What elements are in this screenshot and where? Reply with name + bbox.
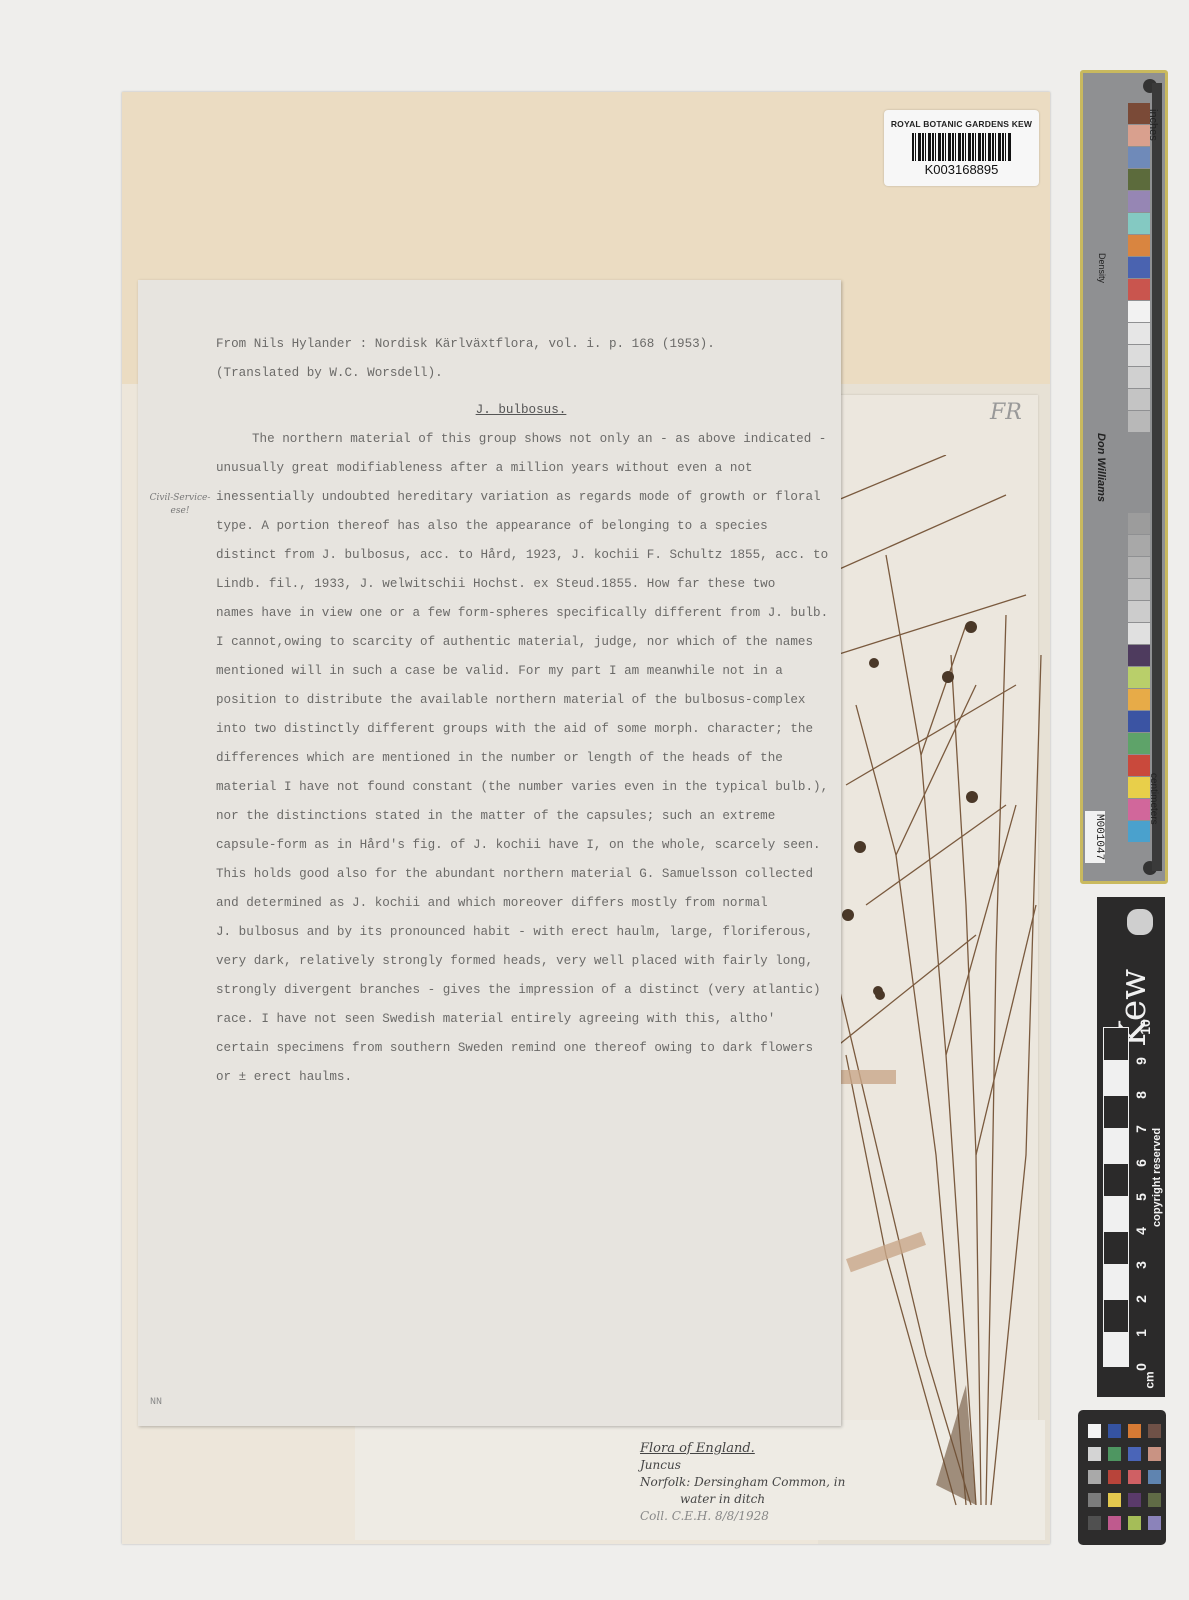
note-line: Lindb. fil., 1933, J. welwitschii Hochst… [216, 570, 826, 599]
note-line: type. A portion thereof has also the app… [216, 512, 826, 541]
scale-number: 10 [1137, 1019, 1153, 1035]
scale-segment [1103, 1027, 1129, 1061]
density-label: Density [1097, 253, 1107, 283]
locality-line2: water in ditch [640, 1491, 845, 1508]
color-checker-card [1078, 1410, 1166, 1545]
note-line: mentioned will in such a case be valid. … [216, 657, 826, 686]
color-patch [1128, 689, 1150, 710]
color-patch [1128, 645, 1150, 666]
note-line: nor the distinctions stated in the matte… [216, 802, 826, 831]
ruler-code: M001047 [1085, 811, 1105, 863]
scale-number: 9 [1133, 1057, 1149, 1065]
kew-scale-bar: Kew copyright reserved 012345678910 cm [1097, 897, 1165, 1397]
color-swatch [1148, 1516, 1161, 1530]
barcode-label: ROYAL BOTANIC GARDENS KEW K003168895 [884, 110, 1039, 186]
ruler-scale [1152, 83, 1162, 871]
color-patch [1128, 191, 1150, 212]
institution-name: ROYAL BOTANIC GARDENS KEW [884, 119, 1039, 129]
genus: Juncus [640, 1457, 845, 1474]
note-line: distinct from J. bulbosus, acc. to Hård,… [216, 541, 826, 570]
scale-segment [1103, 1231, 1129, 1265]
color-patch [1128, 623, 1150, 644]
locality-line1: Norfolk: Dersingham Common, in [640, 1474, 845, 1491]
color-patch [1128, 301, 1150, 322]
scale-segment [1103, 1333, 1129, 1367]
note-line: material I have not found constant (the … [216, 773, 826, 802]
color-swatch [1088, 1424, 1101, 1438]
color-patch [1128, 411, 1150, 432]
corner-initials: FR [990, 400, 1022, 425]
color-patch [1128, 667, 1150, 688]
note-line: capsule-form as in Hård's fig. of J. koc… [216, 831, 826, 860]
note-line: names have in view one or a few form-sph… [216, 599, 826, 628]
flora-title: Flora of England. [640, 1440, 845, 1457]
note-line: inessentially undoubted hereditary varia… [216, 483, 826, 512]
color-patch [1128, 535, 1150, 556]
color-swatch [1108, 1516, 1121, 1530]
note-line: position to distribute the available nor… [216, 686, 826, 715]
color-patch [1128, 345, 1150, 366]
color-patch [1128, 169, 1150, 190]
barcode-number: K003168895 [884, 162, 1039, 177]
scale-number: 3 [1133, 1261, 1149, 1269]
scale-number: 1 [1133, 1329, 1149, 1337]
color-swatch [1148, 1447, 1161, 1461]
color-swatch [1128, 1470, 1141, 1484]
note-line: strongly divergent branches - gives the … [216, 976, 826, 1005]
color-swatch [1088, 1493, 1101, 1507]
scale-segment [1103, 1129, 1129, 1163]
color-swatch [1088, 1516, 1101, 1530]
color-swatch [1108, 1470, 1121, 1484]
margin-annotation-line: Civil-Service- [140, 492, 220, 505]
color-patch [1128, 147, 1150, 168]
crest-icon [1127, 909, 1153, 935]
scale-segment [1103, 1265, 1129, 1299]
note-line: unusually great modifiableness after a m… [216, 454, 826, 483]
color-patch [1128, 367, 1150, 388]
scale-number: 5 [1133, 1193, 1149, 1201]
brand-label: Don Williams [1095, 433, 1107, 502]
color-swatch [1128, 1424, 1141, 1438]
color-swatch [1148, 1493, 1161, 1507]
color-patch [1128, 711, 1150, 732]
note-line: into two distinctly different groups wit… [216, 715, 826, 744]
note-line: The northern material of this group show… [216, 425, 826, 454]
scale-segment [1103, 1095, 1129, 1129]
color-swatch [1148, 1470, 1161, 1484]
cm-label: cm [1143, 1371, 1157, 1388]
plant-specimen [826, 455, 1051, 1525]
color-patch [1128, 579, 1150, 600]
color-patch [1128, 777, 1150, 798]
note-line: certain specimens from southern Sweden r… [216, 1034, 826, 1063]
copyright-label: copyright reserved [1151, 1128, 1163, 1227]
margin-annotation-line: ese! [140, 505, 220, 518]
color-patch [1128, 821, 1150, 842]
color-swatch [1088, 1470, 1101, 1484]
color-swatch [1108, 1493, 1121, 1507]
color-swatch [1108, 1447, 1121, 1461]
color-patch [1128, 733, 1150, 754]
note-header-line2: (Translated by W.C. Worsdell). [216, 359, 826, 388]
scale-number: 4 [1133, 1227, 1149, 1235]
scale-segment [1103, 1197, 1129, 1231]
barcode-icon [912, 133, 1012, 161]
collection-label: Flora of England. Juncus Norfolk: Dersin… [640, 1440, 845, 1525]
color-swatch [1088, 1447, 1101, 1461]
color-patch [1128, 755, 1150, 776]
color-swatch [1148, 1424, 1161, 1438]
color-patch [1128, 513, 1150, 534]
collector-date: Coll. C.E.H. 8/8/1928 [640, 1508, 845, 1525]
scale-number: 8 [1133, 1091, 1149, 1099]
scale-number: 6 [1133, 1159, 1149, 1167]
color-patch [1128, 557, 1150, 578]
color-patch [1128, 799, 1150, 820]
note-line: differences which are mentioned in the n… [216, 744, 826, 773]
note-footer-initials: NN [150, 1397, 162, 1408]
color-swatch [1128, 1493, 1141, 1507]
color-patch [1128, 235, 1150, 256]
scale-segment [1103, 1299, 1129, 1333]
note-line: or ± erect haulms. [216, 1063, 826, 1092]
scale-segment [1103, 1061, 1129, 1095]
typed-translation-note: From Nils Hylander : Nordisk Kärlväxtflo… [138, 280, 841, 1426]
note-line: race. I have not seen Swedish material e… [216, 1005, 826, 1034]
color-patch [1128, 279, 1150, 300]
scale-number: 7 [1133, 1125, 1149, 1133]
note-line: I cannot,owing to scarcity of authentic … [216, 628, 826, 657]
color-patch [1128, 257, 1150, 278]
color-patch [1128, 103, 1150, 124]
scale-number: 0 [1133, 1363, 1149, 1371]
scale-number: 2 [1133, 1295, 1149, 1303]
color-swatch [1128, 1447, 1141, 1461]
color-patch [1128, 601, 1150, 622]
color-swatch [1108, 1424, 1121, 1438]
color-swatch [1128, 1516, 1141, 1530]
note-title: J. bulbosus. [216, 396, 826, 425]
note-line: very dark, relatively strongly formed he… [216, 947, 826, 976]
note-line: J. bulbosus and by its pronounced habit … [216, 918, 826, 947]
note-header-line1: From Nils Hylander : Nordisk Kärlväxtflo… [216, 330, 826, 359]
color-patch [1128, 213, 1150, 234]
color-patch [1128, 323, 1150, 344]
color-patch [1128, 389, 1150, 410]
color-patch [1128, 125, 1150, 146]
color-calibration-ruler: inches centimeters Density Don Williams … [1080, 70, 1168, 884]
note-line: and determined as J. kochii and which mo… [216, 889, 826, 918]
note-line: This holds good also for the abundant no… [216, 860, 826, 889]
margin-annotation: Civil-Service- ese! [140, 492, 220, 518]
scale-segment [1103, 1163, 1129, 1197]
